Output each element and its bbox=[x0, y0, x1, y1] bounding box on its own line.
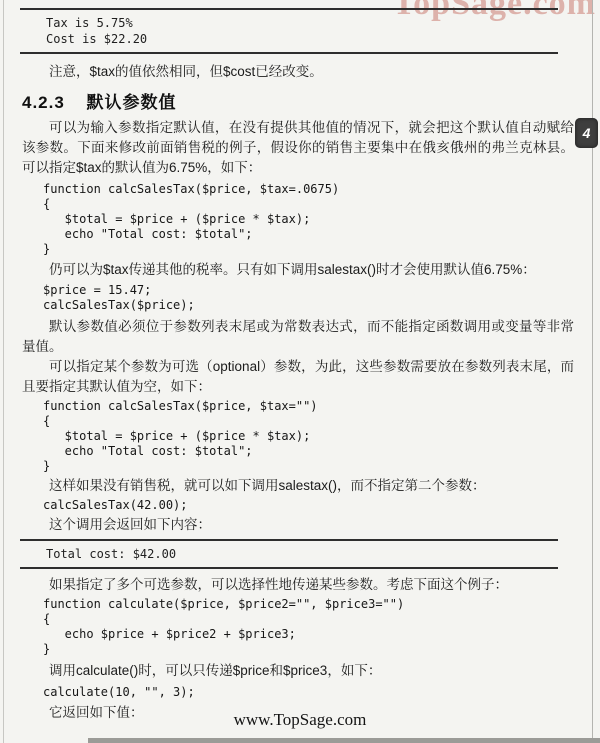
code-call-42: calcSalesTax(42.00); bbox=[43, 498, 574, 513]
code-call-10-3: calculate(10, "", 3); bbox=[43, 685, 574, 700]
section-title: 默认参数值 bbox=[87, 88, 177, 113]
paragraph-returns: 这个调用会返回如下内容： bbox=[22, 515, 574, 535]
code-calculate-def: function calculate($price, $price2="", $… bbox=[43, 597, 574, 657]
page-content: Tax is 5.75% Cost is $22.20 注意，$tax的值依然相… bbox=[0, 0, 600, 723]
paragraph-note: 注意，$tax的值依然相同，但$cost已经改变。 bbox=[22, 62, 574, 82]
paragraph-no-tax: 这样如果没有销售税，就可以如下调用salestax()，而不指定第二个参数： bbox=[22, 476, 574, 496]
code-output-box-1: Tax is 5.75% Cost is $22.20 bbox=[20, 8, 558, 54]
code-price-call: $price = 15.47; calcSalesTax($price); bbox=[43, 283, 574, 313]
paragraph-const-rule: 默认参数值必须位于参数列表末尾或为常数表达式，而不能指定函数调用或变量等非常量值… bbox=[22, 317, 574, 357]
code-calc-sales-tax-default: function calcSalesTax($price, $tax=.0675… bbox=[43, 182, 574, 257]
paragraph-call-calculate: 调用calculate()时，可以只传递$price和$price3，如下： bbox=[22, 661, 574, 681]
chapter-number-label: 4 bbox=[583, 125, 591, 141]
scan-edge-bar bbox=[88, 738, 600, 743]
output-line: Total cost: $42.00 bbox=[46, 546, 558, 562]
paragraph-other-rates: 仍可以为$tax传递其他的税率。只有如下调用salestax()时才会使用默认值… bbox=[22, 260, 574, 280]
paragraph-multi-optional: 如果指定了多个可选参数，可以选择性地传递某些参数。考虑下面这个例子： bbox=[22, 575, 574, 595]
output-line: Cost is $22.20 bbox=[46, 31, 558, 47]
chapter-number-tab: 4 bbox=[575, 118, 598, 148]
output-line: Tax is 5.75% bbox=[46, 15, 558, 31]
paragraph-intro: 可以为输入参数指定默认值，在没有提供其他值的情况下，就会把这个默认值自动赋给该参… bbox=[22, 118, 574, 178]
page-left-edge bbox=[3, 0, 4, 743]
footer-url: www.TopSage.com bbox=[0, 710, 600, 730]
code-output-box-2: Total cost: $42.00 bbox=[20, 539, 558, 569]
page-right-edge bbox=[592, 0, 593, 743]
section-number: 4.2.3 bbox=[22, 93, 65, 113]
paragraph-optional: 可以指定某个参数为可选（optional）参数，为此，这些参数需要放在参数列表末… bbox=[22, 357, 574, 397]
code-calc-sales-tax-empty: function calcSalesTax($price, $tax="") {… bbox=[43, 399, 574, 474]
section-heading: 4.2.3 默认参数值 bbox=[22, 88, 574, 112]
